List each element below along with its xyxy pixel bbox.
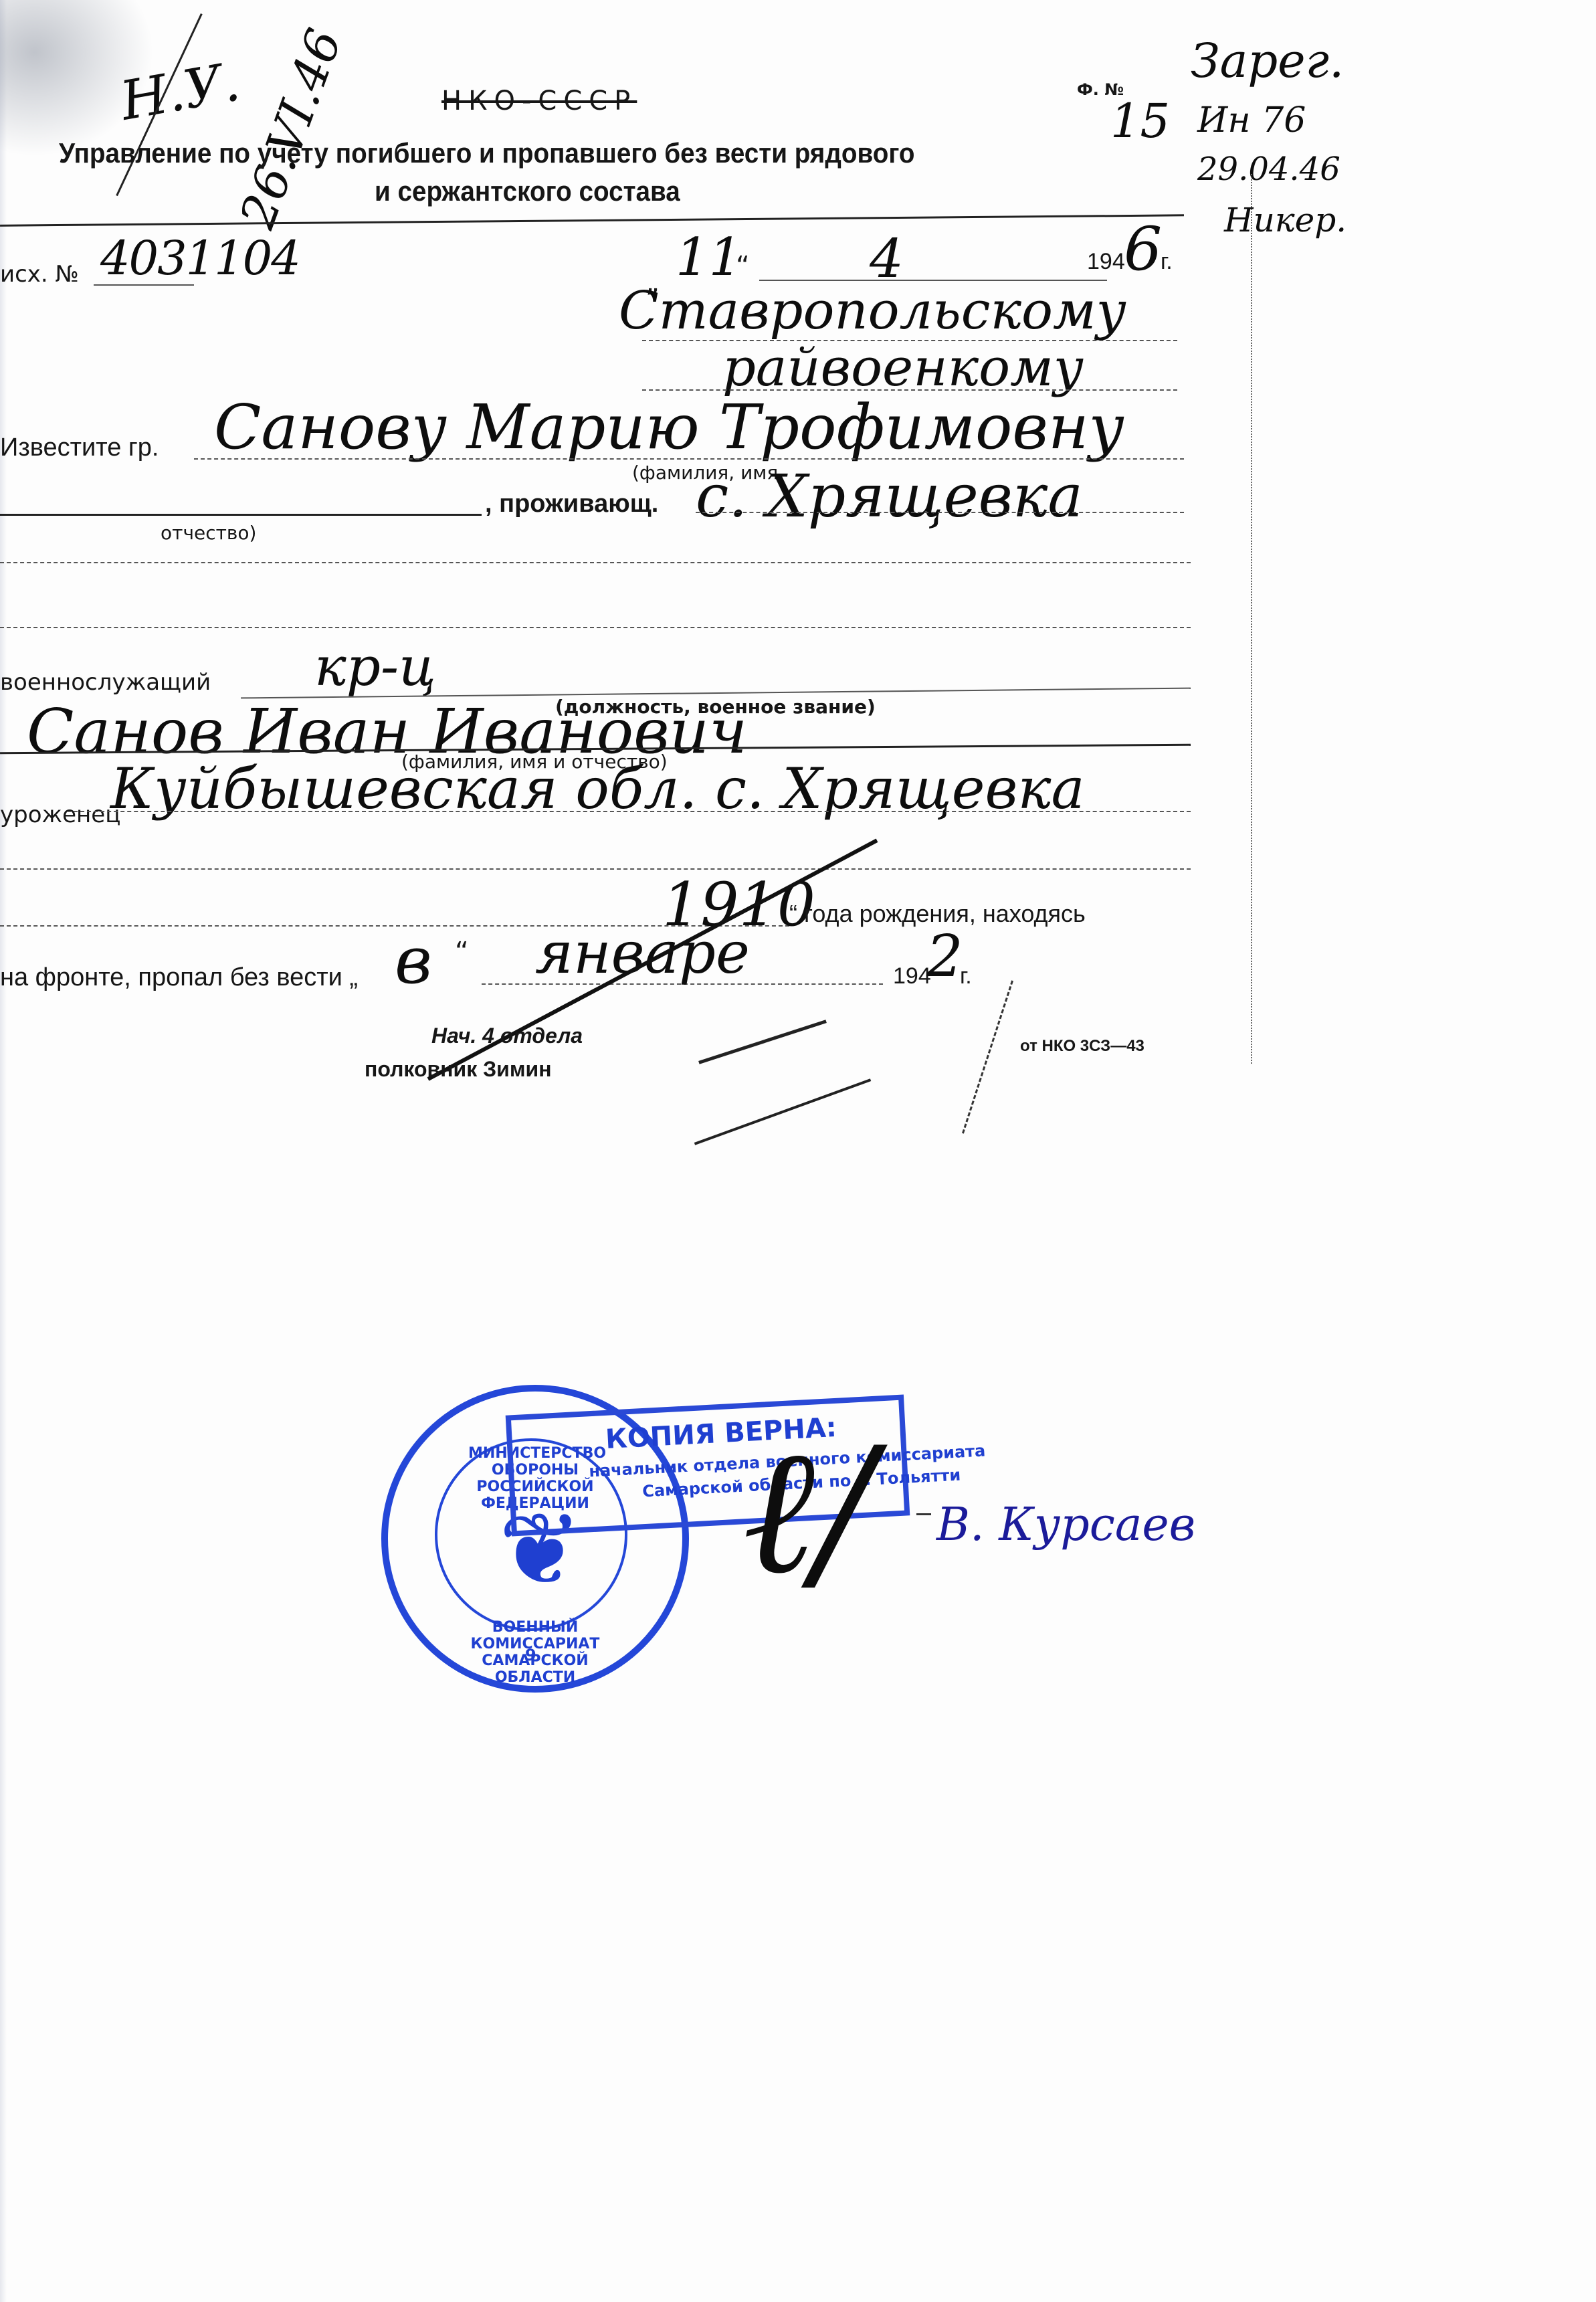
footer-code: от НКО 3СЗ—43 <box>1020 1037 1144 1056</box>
front-text: на фронте, пропал без вести „ <box>0 963 358 992</box>
margin-note-date: 26.VI.46 <box>229 21 353 235</box>
addressee-line-1: Ставропольскому <box>619 281 1126 341</box>
missing-year-label: г. <box>960 963 972 989</box>
serviceman-label: военнослужащий <box>0 669 211 696</box>
department-line-2: и сержантского состава <box>375 175 680 207</box>
notify-label: Известите гр. <box>0 434 159 462</box>
residing-value: с. Хрящевка <box>696 462 1083 531</box>
header-rule <box>0 214 1184 226</box>
pen-stroke <box>698 1020 827 1064</box>
round-stamp-number: 9 <box>525 1646 536 1664</box>
residing-label: , проживающ. <box>485 490 658 518</box>
outgoing-label: исх. № <box>0 261 79 288</box>
margin-note-signature: Никер. <box>1224 201 1346 239</box>
margin-note-inc: Ин 76 <box>1197 100 1306 140</box>
signature-title: Нач. 4 отдела <box>431 1024 583 1048</box>
notify-recipient: Санову Марию Трофимовну <box>214 391 1124 463</box>
torn-edge <box>962 980 1013 1133</box>
pen-stroke <box>694 1078 871 1145</box>
date-day: 11 <box>676 227 742 288</box>
outgoing-number: 4031104 <box>100 231 300 286</box>
serviceman-rank: кр-ц <box>314 636 436 698</box>
certifier-signature: ℓ/ <box>742 1425 874 1599</box>
org-header: НКО-СССР <box>441 86 637 116</box>
scan-edge <box>0 0 7 2302</box>
date-year-prefix: 194 <box>1087 249 1125 275</box>
caption-patronymic: отчество) <box>161 522 256 544</box>
signer-name: В. Курсаев <box>936 1499 1195 1551</box>
missing-month: январе <box>535 920 750 987</box>
margin-note-number: 15 <box>1110 94 1170 149</box>
missing-year-prefix: 194 <box>893 963 931 989</box>
date-year-suffix: 6 <box>1124 214 1162 284</box>
signature-name: полковник Зимин <box>365 1057 552 1082</box>
margin-note-reg-date: 29.04.46 <box>1197 151 1340 188</box>
form-right-edge <box>1251 174 1252 1064</box>
missing-year-suffix: 2 <box>926 923 963 990</box>
missing-day: в <box>395 923 432 998</box>
department-line-1: Управление по учету погибшего и пропавше… <box>59 137 915 169</box>
native-label: уроженец <box>0 801 120 828</box>
date-year-label: г. <box>1161 249 1173 275</box>
margin-note-registered: Зарег. <box>1191 33 1344 88</box>
